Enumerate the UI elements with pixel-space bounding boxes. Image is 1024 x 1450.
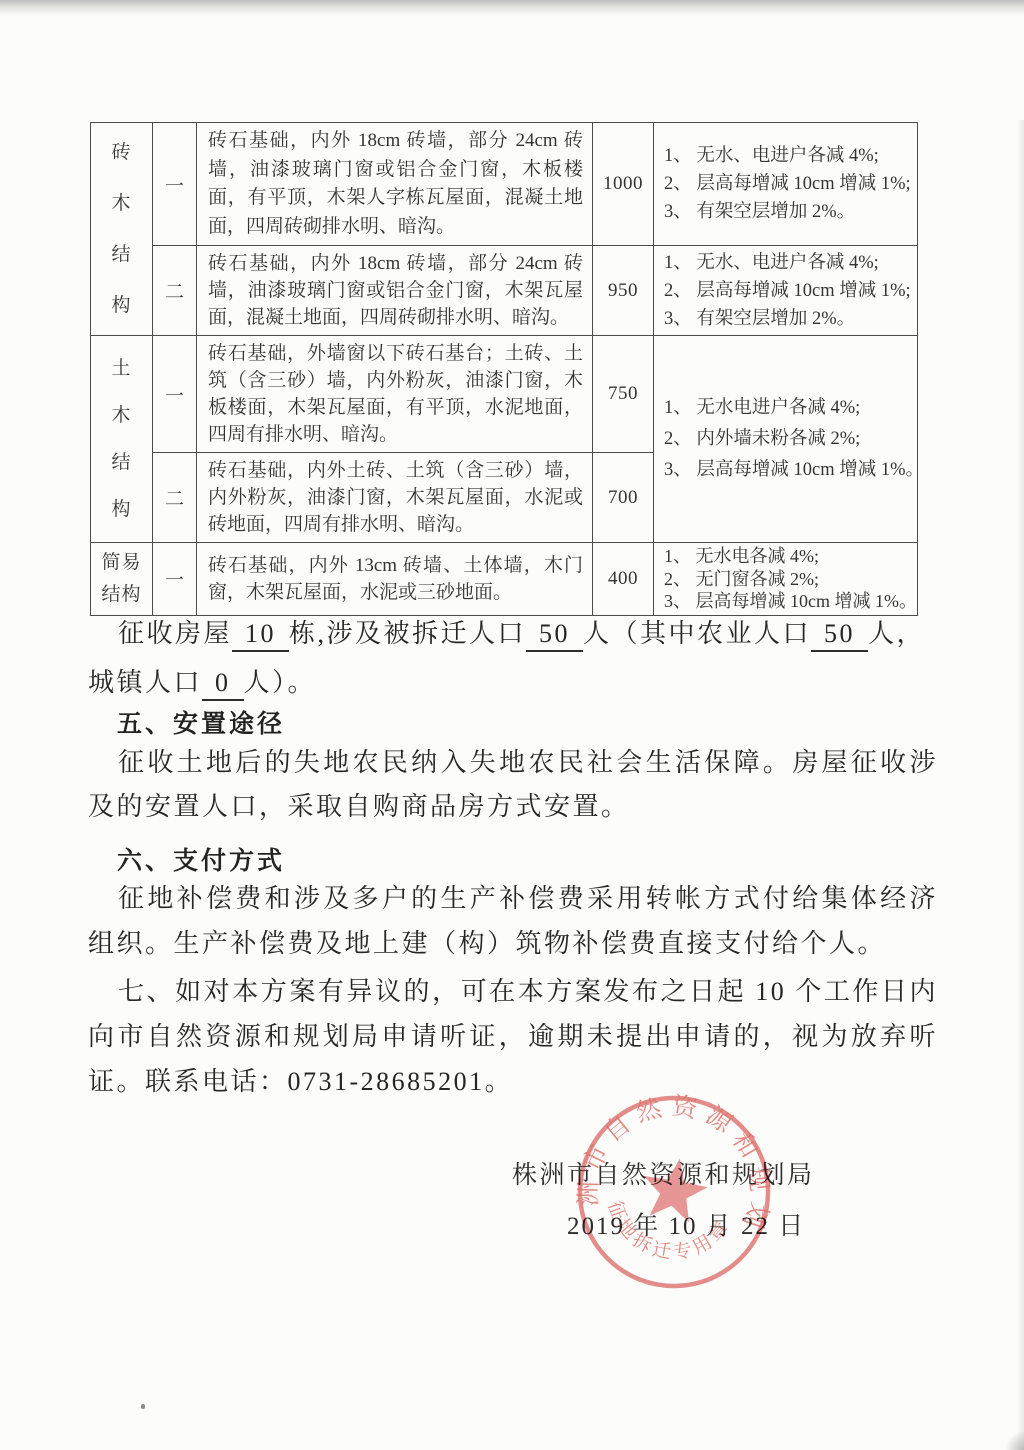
text-segment: 人（其中农业人口 bbox=[583, 619, 811, 648]
description-cell: 砖石基础，内外 18cm 砖墙，部分 24cm 砖墙，油漆玻璃门窗或铝合金门窗，… bbox=[197, 123, 593, 246]
paragraph-houses-count: 征收房屋10栋,涉及被拆迁人口50人（其中农业人口50人， 城镇人口0人）。 bbox=[88, 609, 938, 707]
filled-blank-urban: 0 bbox=[202, 667, 244, 701]
text-segment: 人）。 bbox=[244, 668, 317, 697]
note-line: 3、 层高每增减 10cm 增减 1%。 bbox=[664, 455, 913, 486]
text-segment: 人， bbox=[868, 619, 925, 648]
notes-cell: 1、 无水、电进户各减 4%; 2、 层高每增减 10cm 增减 1%; 3、 … bbox=[654, 123, 918, 246]
price-cell: 700 bbox=[593, 453, 654, 543]
description-cell: 砖石基础，内外土砖、土筑（含三砂）墙，内外粉灰，油漆门窗，木架瓦屋面，水泥或砖地… bbox=[197, 453, 593, 543]
text-segment: 城镇人口 bbox=[88, 668, 202, 697]
category-cell-simple: 简易 结构 bbox=[91, 543, 153, 616]
grade-cell: 一 bbox=[153, 123, 197, 246]
category-cell-earth-wood: 土 木 结 构 bbox=[91, 336, 153, 543]
description-cell: 砖石基础，外墙窗以下砖石基台；土砖、土筑（含三砂）墙，内外粉灰，油漆门窗，木板楼… bbox=[197, 336, 593, 453]
note-line: 1、 无水电各减 4%; bbox=[664, 545, 913, 568]
scan-edge-shadow-right bbox=[1017, 120, 1024, 1450]
category-char: 砖 bbox=[92, 127, 151, 178]
grade-cell: 一 bbox=[153, 336, 197, 453]
category-cell-brick-wood: 砖 木 结 构 bbox=[91, 123, 153, 336]
category-char: 简易 bbox=[92, 547, 151, 579]
table-row: 简易 结构 一 砖石基础，内外 13cm 砖墙、土体墙，木门窗，木架瓦屋面，水泥… bbox=[91, 543, 918, 616]
seal-star-icon bbox=[637, 1153, 711, 1225]
description-cell: 砖石基础，内外 18cm 砖墙，部分 24cm 砖墙，油漆玻璃门窗或铝合金门窗，… bbox=[197, 246, 593, 336]
filled-blank-people: 50 bbox=[526, 618, 583, 652]
grade-cell: 一 bbox=[153, 543, 197, 616]
official-seal: 株洲市自然资源和规划局 征地拆迁专用章 bbox=[558, 1076, 790, 1308]
category-char: 土 bbox=[92, 345, 151, 392]
section-6-paragraph: 征地补偿费和涉及多户的生产补偿费采用转帐方式付给集体经济组织。生产补偿费及地上建… bbox=[88, 876, 938, 966]
text-segment: 征收房屋 bbox=[118, 619, 232, 648]
price-cell: 950 bbox=[593, 246, 654, 336]
table-row: 二 砖石基础，内外 18cm 砖墙，部分 24cm 砖墙，油漆玻璃门窗或铝合金门… bbox=[91, 246, 918, 336]
category-char: 木 bbox=[92, 178, 151, 229]
description-cell: 砖石基础，内外 13cm 砖墙、土体墙，木门窗，木架瓦屋面，水泥或三砂地面。 bbox=[197, 543, 593, 616]
scan-artifact-speck bbox=[141, 1404, 145, 1409]
table-row: 土 木 结 构 一 砖石基础，外墙窗以下砖石基台；土砖、土筑（含三砂）墙，内外粉… bbox=[91, 336, 918, 453]
filled-blank-agricultural: 50 bbox=[811, 618, 868, 652]
note-line: 2、 层高每增减 10cm 增减 1%; bbox=[664, 277, 913, 305]
note-line: 2、 无门窗各减 2%; bbox=[664, 568, 913, 591]
notes-cell: 1、 无水、电进户各减 4%; 2、 层高每增减 10cm 增减 1%; 3、 … bbox=[654, 246, 918, 336]
note-line: 1、 无水电进户各减 4%; bbox=[664, 393, 913, 424]
compensation-table: 砖 木 结 构 一 砖石基础，内外 18cm 砖墙，部分 24cm 砖墙，油漆玻… bbox=[90, 122, 918, 616]
section-7-paragraph: 七、如对本方案有异议的，可在本方案发布之日起 10 个工作日内向市自然资源和规划… bbox=[88, 969, 938, 1104]
section-5-paragraph: 征收土地后的失地农民纳入失地农民社会生活保障。房屋征收涉及的安置人口，采取自购商… bbox=[88, 741, 938, 829]
filled-blank-houses: 10 bbox=[232, 618, 289, 652]
category-char: 结 bbox=[92, 229, 151, 280]
notes-cell-merged: 1、 无水电进户各减 4%; 2、 内外墙未粉各减 2%; 3、 层高每增减 1… bbox=[654, 336, 918, 543]
price-cell: 1000 bbox=[593, 123, 654, 246]
scan-edge-shadow-top bbox=[0, 0, 1024, 16]
grade-cell: 二 bbox=[153, 453, 197, 543]
text-segment: 栋,涉及被拆迁人口 bbox=[289, 619, 526, 648]
section-6-title: 六、支付方式 bbox=[117, 841, 285, 877]
note-line: 3、 有架空层增加 2%。 bbox=[664, 305, 913, 333]
notes-cell: 1、 无水电各减 4%; 2、 无门窗各减 2%; 3、 层高每增减 10cm … bbox=[654, 543, 918, 616]
table-row: 砖 木 结 构 一 砖石基础，内外 18cm 砖墙，部分 24cm 砖墙，油漆玻… bbox=[91, 123, 918, 246]
note-line: 1、 无水、电进户各减 4%; bbox=[664, 249, 913, 277]
note-line: 2、 层高每增减 10cm 增减 1%; bbox=[664, 170, 913, 198]
note-line: 3、 有架空层增加 2%。 bbox=[664, 198, 913, 226]
category-char: 结 bbox=[92, 439, 151, 486]
category-char: 构 bbox=[92, 486, 151, 533]
scan-artifact-corner bbox=[1006, 1432, 1024, 1450]
section-5-title: 五、安置途径 bbox=[117, 704, 285, 740]
note-line: 1、 无水、电进户各减 4%; bbox=[664, 142, 913, 170]
grade-cell: 二 bbox=[153, 246, 197, 336]
note-line: 2、 内外墙未粉各减 2%; bbox=[664, 424, 913, 455]
price-cell: 750 bbox=[593, 336, 654, 453]
category-char: 木 bbox=[92, 392, 151, 439]
price-cell: 400 bbox=[593, 543, 654, 616]
category-char: 构 bbox=[92, 280, 151, 331]
category-char: 结构 bbox=[92, 579, 151, 611]
